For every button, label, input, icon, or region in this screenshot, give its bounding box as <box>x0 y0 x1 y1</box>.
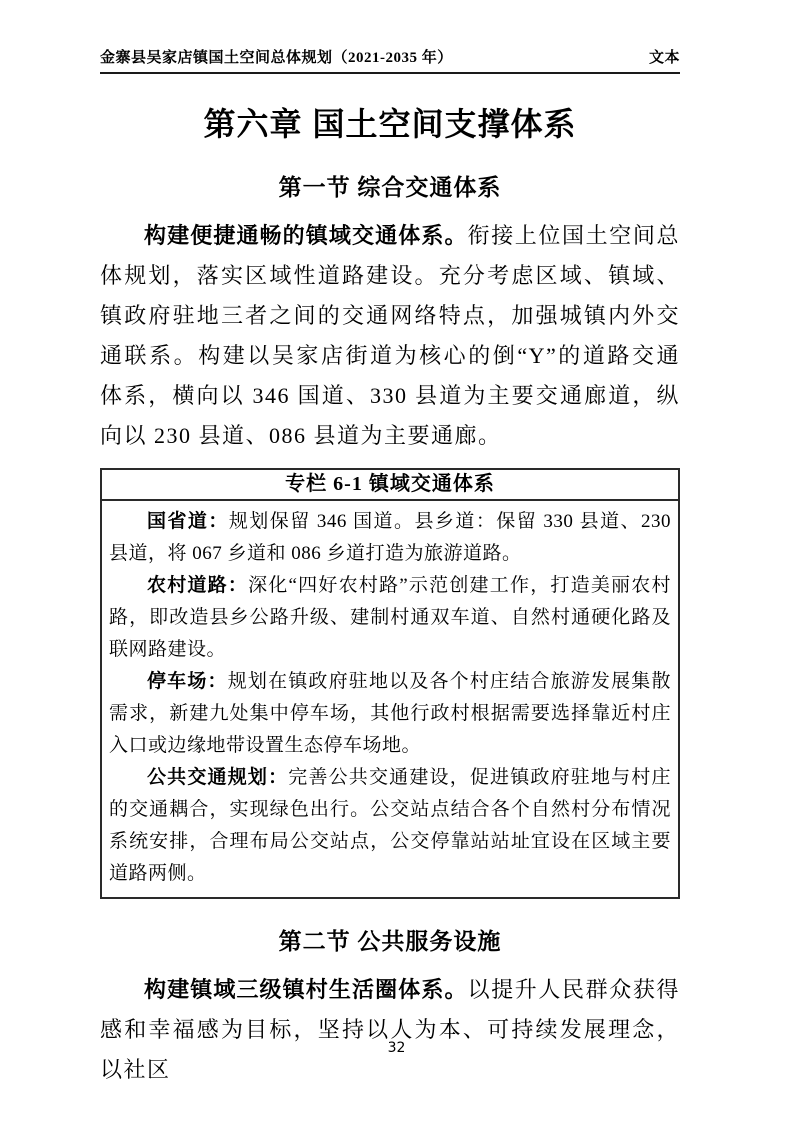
panel-item-label: 国省道： <box>147 511 229 532</box>
page-content: 金寨县吴家店镇国土空间总体规划（2021-2035 年） 文本 第六章 国土空间… <box>100 0 680 1090</box>
panel-transport-system: 专栏 6-1 镇域交通体系 国省道：规划保留 346 国道。县乡道：保留 330… <box>100 468 680 899</box>
paragraph-public-services: 构建镇域三级镇村生活圈体系。以提升人民群众获得感和幸福感为目标，坚持以人为本、可… <box>100 970 680 1090</box>
page-number: 32 <box>388 1040 406 1056</box>
page-footer: 32 <box>0 1040 793 1056</box>
section-title-2: 第二节 公共服务设施 <box>100 923 680 956</box>
chapter-title: 第六章 国土空间支撑体系 <box>100 99 680 145</box>
panel-item-label: 农村道路： <box>147 575 248 596</box>
panel-item-rural-roads: 农村道路：深化“四好农村路”示范创建工作，打造美丽农村路，即改造县乡公路升级、建… <box>109 570 671 666</box>
paragraph-transport-body: 衔接上位国土空间总体规划，落实区域性道路建设。充分考虑区域、镇域、镇政府驻地三者… <box>100 223 680 448</box>
panel-body: 国省道：规划保留 346 国道。县乡道：保留 330 县道、230 县道，将 0… <box>102 501 678 897</box>
running-header: 金寨县吴家店镇国土空间总体规划（2021-2035 年） 文本 <box>100 46 680 74</box>
paragraph-transport-lead: 构建便捷通畅的镇域交通体系。 <box>144 223 468 248</box>
document-page: 金寨县吴家店镇国土空间总体规划（2021-2035 年） 文本 第六章 国土空间… <box>0 0 793 1122</box>
panel-item-national-provincial-roads: 国省道：规划保留 346 国道。县乡道：保留 330 县道、230 县道，将 0… <box>109 506 671 570</box>
header-doc-type: 文本 <box>649 46 680 67</box>
panel-item-label: 公共交通规划： <box>147 767 288 788</box>
panel-item-label: 停车场： <box>147 671 228 692</box>
header-title: 金寨县吴家店镇国土空间总体规划（2021-2035 年） <box>100 46 453 67</box>
panel-item-public-transit: 公共交通规划：完善公共交通建设，促进镇政府驻地与村庄的交通耦合，实现绿色出行。公… <box>109 762 671 890</box>
panel-title: 专栏 6-1 镇域交通体系 <box>102 470 678 501</box>
paragraph-public-services-lead: 构建镇域三级镇村生活圈体系。 <box>144 977 468 1002</box>
panel-item-parking: 停车场：规划在镇政府驻地以及各个村庄结合旅游发展集散需求，新建九处集中停车场，其… <box>109 666 671 762</box>
section-title-1: 第一节 综合交通体系 <box>100 169 680 202</box>
paragraph-transport: 构建便捷通畅的镇域交通体系。衔接上位国土空间总体规划，落实区域性道路建设。充分考… <box>100 216 680 456</box>
